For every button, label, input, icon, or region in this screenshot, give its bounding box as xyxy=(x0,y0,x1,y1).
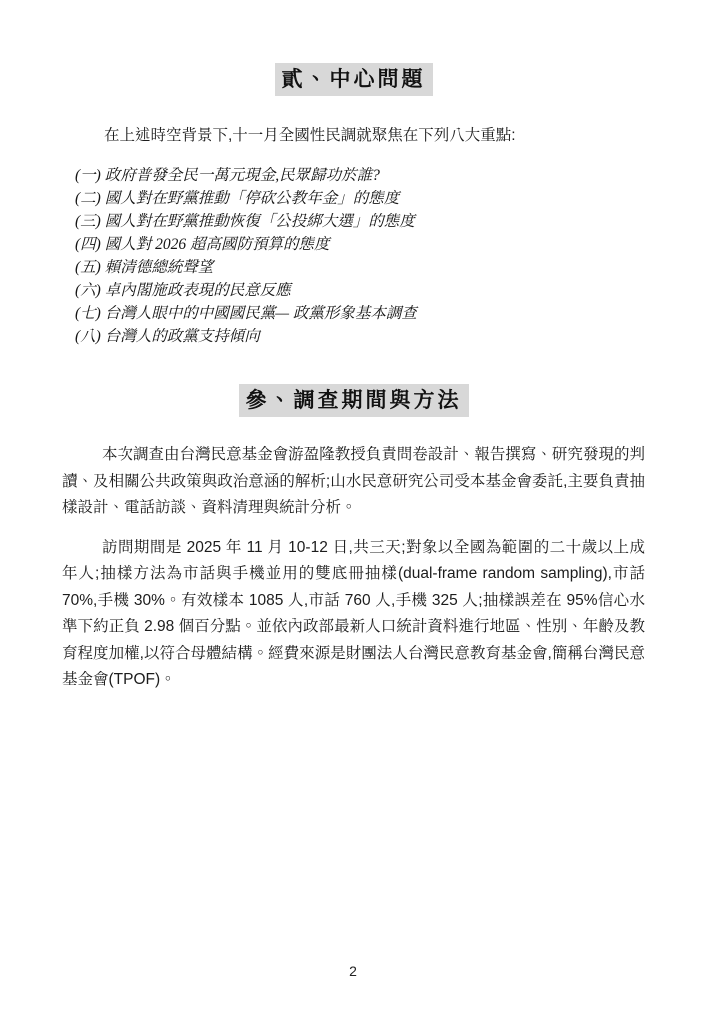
section-title-highlight: 參、調查期間與方法 xyxy=(239,384,469,417)
survey-topic-list: (一) 政府普發全民一萬元現金,民眾歸功於誰? (二) 國人對在野黨推動「停砍公… xyxy=(75,164,645,348)
method-paragraph: 本次調查由台灣民意基金會游盈隆教授負責問卷設計、報告撰寫、研究發現的判讀、及相關… xyxy=(62,442,645,522)
list-item: (一) 政府普發全民一萬元現金,民眾歸功於誰? xyxy=(75,164,645,187)
section-title-highlight: 貳、中心問題 xyxy=(275,63,433,96)
document-page: 貳、中心問題 在上述時空背景下,十一月全國性民調就聚焦在下列八大重點: (一) … xyxy=(0,0,706,1024)
list-item: (二) 國人對在野黨推動「停砍公教年金」的態度 xyxy=(75,187,645,210)
list-item: (六) 卓內閣施政表現的民意反應 xyxy=(75,279,645,302)
method-paragraph: 訪問期間是 2025 年 11 月 10-12 日,共三天;對象以全國為範圍的二… xyxy=(62,535,645,694)
page-number: 2 xyxy=(0,963,706,979)
list-item: (七) 台灣人眼中的中國國民黨— 政黨形象基本調查 xyxy=(75,302,645,325)
list-item: (三) 國人對在野黨推動恢復「公投綁大選」的態度 xyxy=(75,210,645,233)
list-item: (八) 台灣人的政黨支持傾向 xyxy=(75,325,645,348)
section-heading-method: 參、調查期間與方法 xyxy=(62,383,645,417)
section-heading-center-questions: 貳、中心問題 xyxy=(62,62,645,96)
section-intro-text: 在上述時空背景下,十一月全國性民調就聚焦在下列八大重點: xyxy=(62,123,645,149)
list-item: (四) 國人對 2026 超高國防預算的態度 xyxy=(75,233,645,256)
list-item: (五) 賴清德總統聲望 xyxy=(75,256,645,279)
